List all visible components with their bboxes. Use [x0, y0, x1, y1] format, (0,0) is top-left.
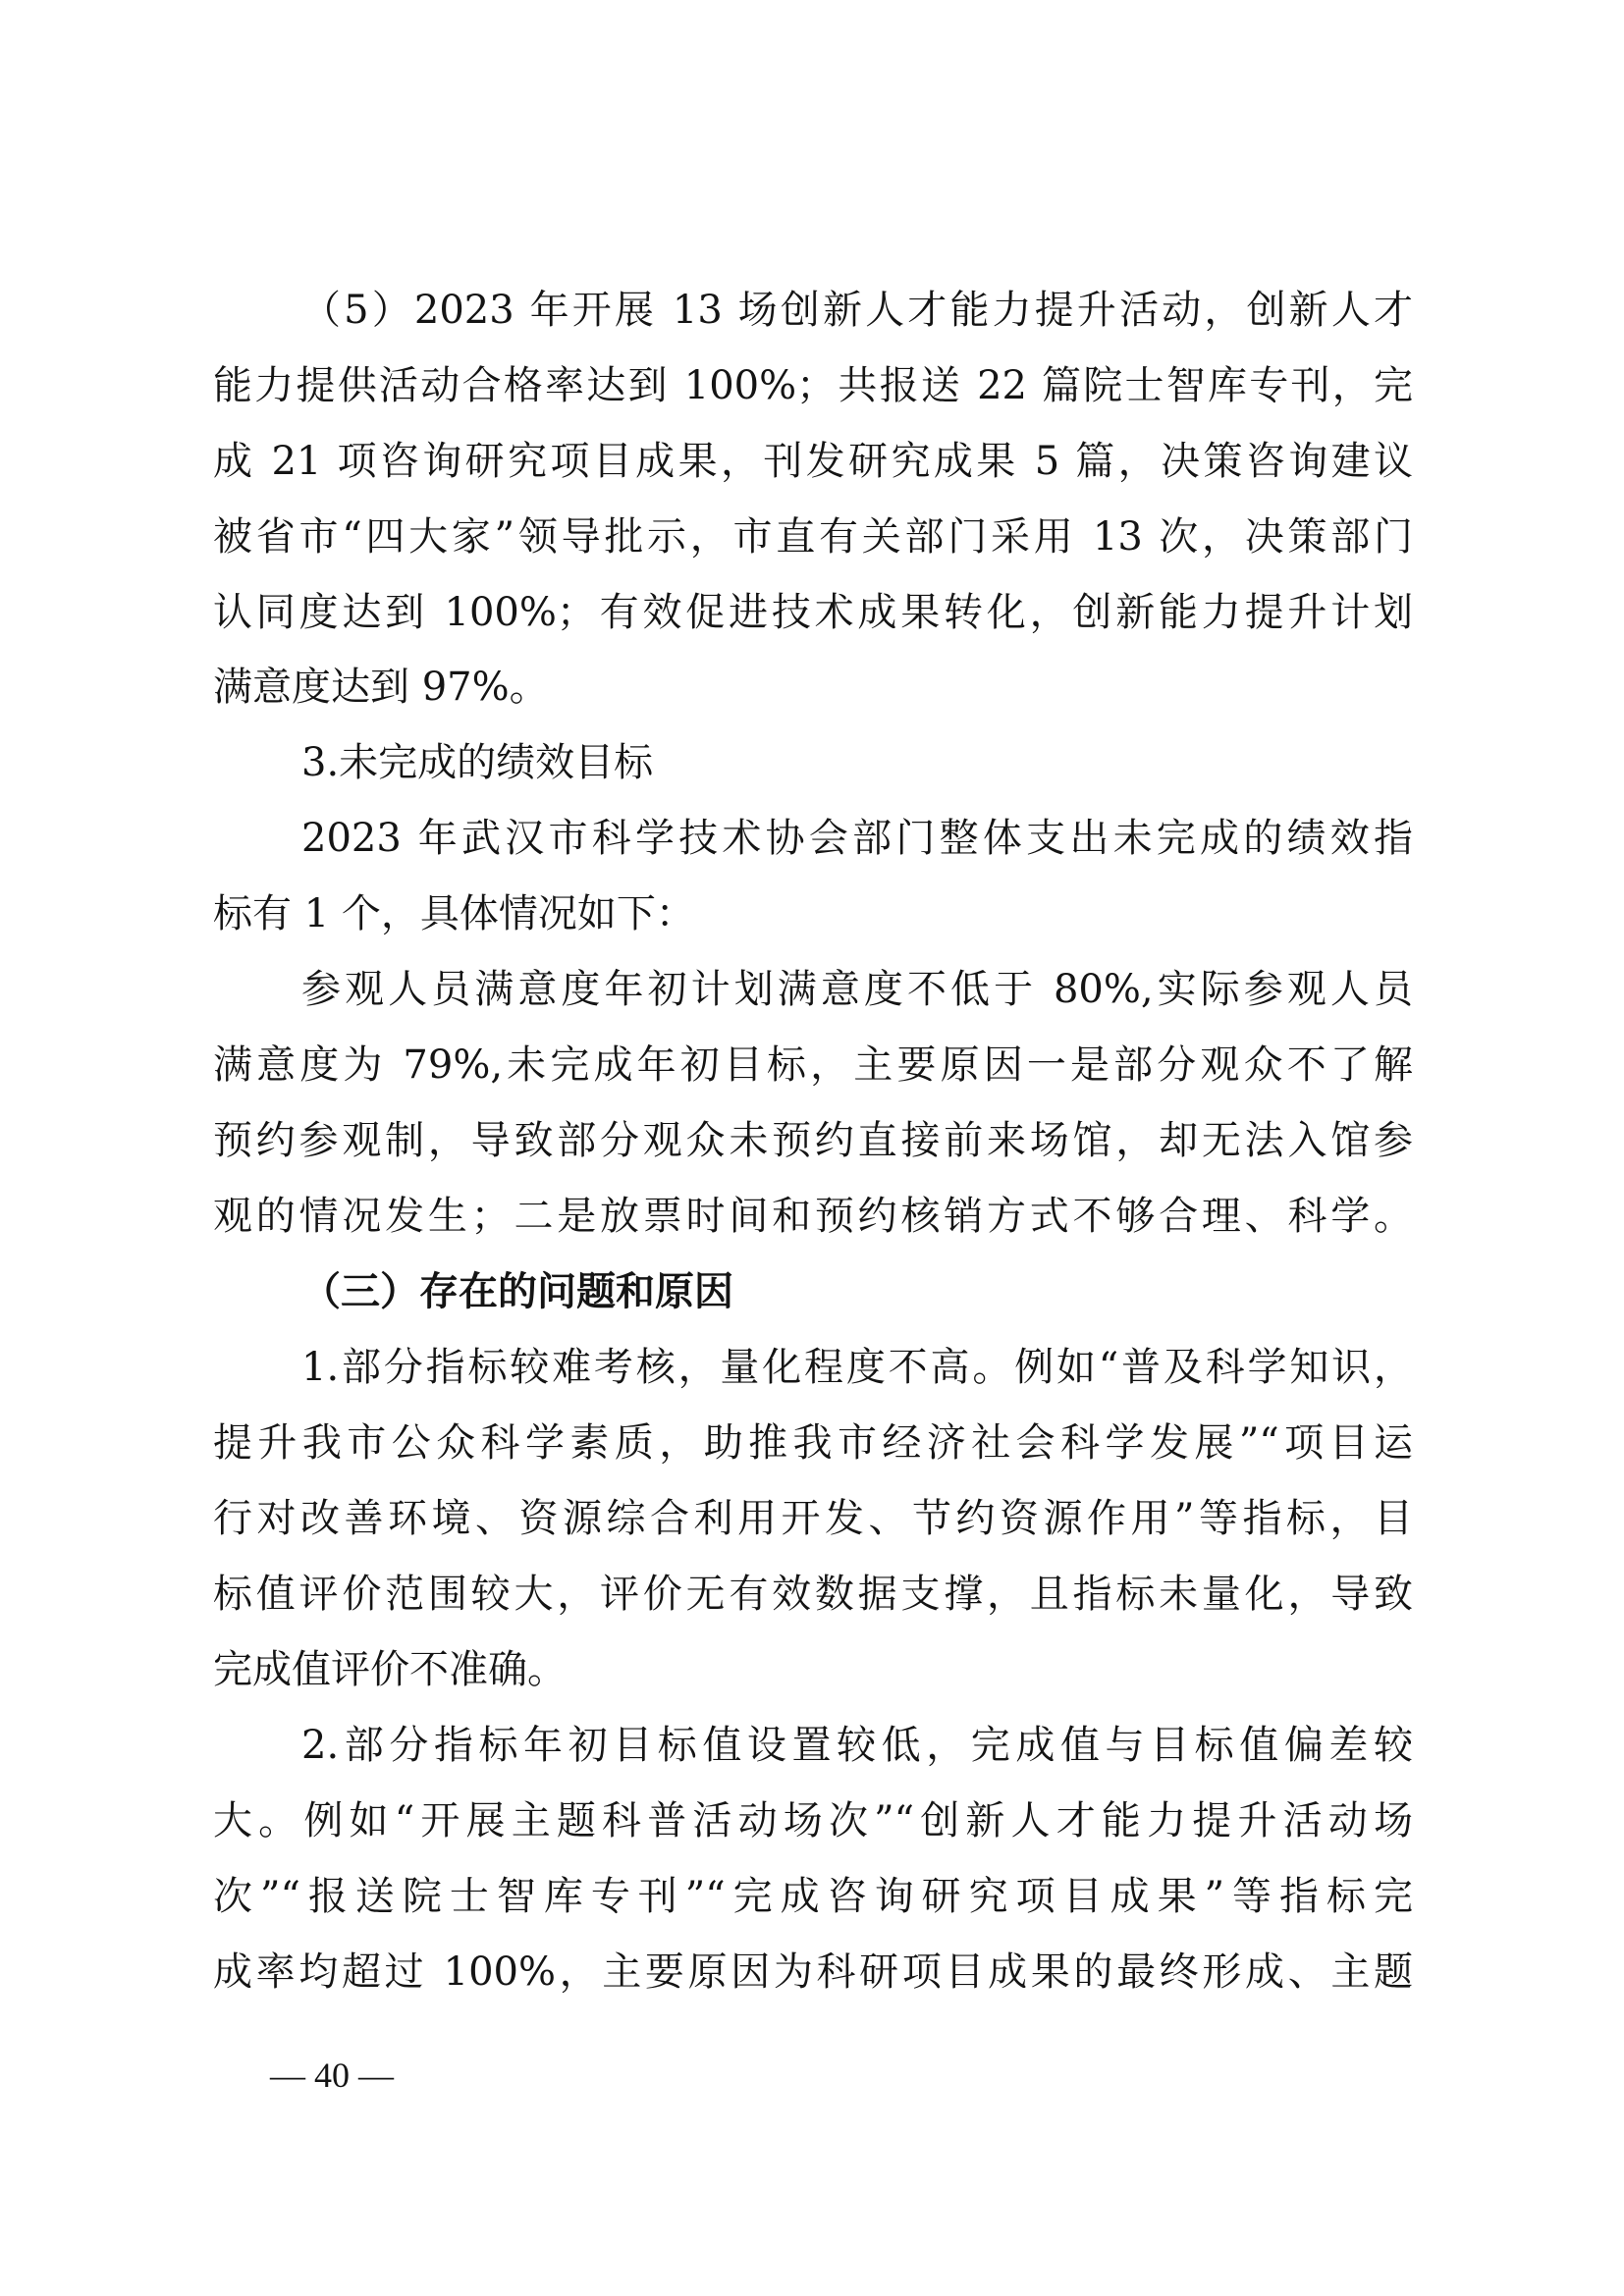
paragraph-5-line-3: 成 21 项咨询研究项目成果，刊发研究成果 5 篇，决策咨询建议	[213, 437, 1413, 486]
section-heading-problems-and-causes: （三）存在的问题和原因	[301, 1267, 1413, 1316]
paragraph-5-line-5: 认同度达到 100%；有效促进技术成果转化，创新能力提升计划	[213, 588, 1413, 637]
paragraph-satisfaction-line-3: 预约参观制，导致部分观众未预约直接前来场馆，却无法入馆参	[213, 1116, 1413, 1165]
paragraph-5-line-1: （5）2023 年开展 13 场创新人才能力提升活动，创新人才	[301, 286, 1413, 335]
paragraph-5-line-4: 被省市“四大家”领导批示，市直有关部门采用 13 次，决策部门	[213, 512, 1413, 561]
paragraph-problem-2-line-3: 次”“报送院士智库专刊”“完成咨询研究项目成果”等指标完	[213, 1872, 1413, 1921]
paragraph-satisfaction-line-2: 满意度为 79%,未完成年初目标，主要原因一是部分观众不了解	[213, 1041, 1413, 1090]
paragraph-5-line-6: 满意度达到 97%。	[213, 663, 1413, 712]
paragraph-problem-2-line-4: 成率均超过 100%，主要原因为科研项目成果的最终形成、主题	[213, 1948, 1413, 1997]
paragraph-problem-1-line-2: 提升我市公众科学素质，助推我市经济社会科学发展”“项目运	[213, 1418, 1413, 1468]
paragraph-5-line-2: 能力提供活动合格率达到 100%；共报送 22 篇院士智库专刊，完	[213, 361, 1413, 410]
document-page: （5）2023 年开展 13 场创新人才能力提升活动，创新人才 能力提供活动合格…	[0, 0, 1624, 2296]
paragraph-unfinished-line-1: 2023 年武汉市科学技术协会部门整体支出未完成的绩效指	[301, 814, 1413, 863]
paragraph-unfinished-line-2: 标有 1 个，具体情况如下：	[213, 889, 1413, 938]
paragraph-problem-2-line-2: 大。例如“开展主题科普活动场次”“创新人才能力提升活动场	[213, 1796, 1413, 1845]
paragraph-satisfaction-line-1: 参观人员满意度年初计划满意度不低于 80%,实际参观人员	[301, 965, 1413, 1014]
paragraph-satisfaction-line-4: 观的情况发生；二是放票时间和预约核销方式不够合理、科学。	[213, 1192, 1413, 1241]
paragraph-problem-1-line-1: 1.部分指标较难考核，量化程度不高。例如“普及科学知识，	[301, 1343, 1413, 1392]
paragraph-problem-1-line-3: 行对改善环境、资源综合利用开发、节约资源作用”等指标，目	[213, 1494, 1413, 1543]
paragraph-problem-1-line-4: 标值评价范围较大，评价无有效数据支撑，且指标未量化，导致	[213, 1570, 1413, 1619]
paragraph-problem-2-line-1: 2.部分指标年初目标值设置较低，完成值与目标值偏差较	[301, 1721, 1413, 1770]
section-heading-unfinished-goals: 3.未完成的绩效目标	[301, 738, 1413, 787]
page-number: — 40 —	[253, 2054, 410, 2097]
paragraph-problem-1-line-5: 完成值评价不准确。	[213, 1645, 1413, 1694]
